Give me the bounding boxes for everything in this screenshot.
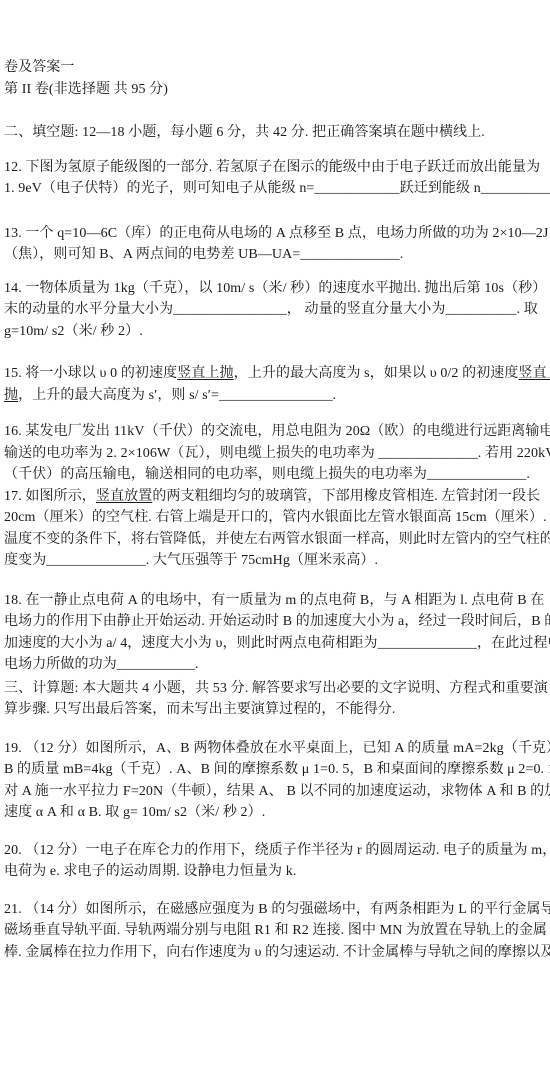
text-segment: g=10m/ s2（米/ 秒 2）. bbox=[4, 324, 143, 339]
text-line: 算步骤. 只写出最后答案，而未写出主要演算过程的，不能得分. bbox=[4, 699, 545, 721]
paragraph-q17: 17. 如图所示，竖直放置的两支粗细均匀的玻璃管，下部用橡皮管相连. 左管封闭一… bbox=[4, 486, 545, 572]
text-line: 电场力所做的功为___________. bbox=[4, 654, 545, 676]
text-line: 抛，上升的最大高度为 s′，则 s/ s′=________________. bbox=[4, 385, 545, 407]
text-segment: 输送的电功率为 2. 2×106W（瓦），则电缆上损失的电功率为 _______… bbox=[4, 446, 550, 461]
text-segment: 第 II 卷(非选择题 共 95 分) bbox=[4, 82, 168, 97]
paragraph-q15: 15. 将一小球以 υ 0 的初速度竖直上抛，上升的最大高度为 s，如果以 υ … bbox=[4, 363, 545, 406]
text-line: 21. （14 分）如图所示，在磁感应强度为 B 的匀强磁场中，有两条相距为 L… bbox=[4, 899, 545, 921]
text-segment: （焦），则可知 B、A 两点间的电势差 UB—UA=______________… bbox=[4, 247, 403, 262]
text-segment: 对 A 施一水平拉力 F=20N（牛顿），结果 A、 B 以不同的加速度运动，求… bbox=[4, 784, 550, 799]
text-segment: 21. （14 分）如图所示，在磁感应强度为 B 的匀强磁场中，有两条相距为 L… bbox=[4, 902, 550, 917]
text-segment: ，上升的最大高度为 s，如果以 υ 0/2 的初速度 bbox=[234, 366, 519, 381]
paragraph-q20: 20. （12 分）一电子在库仑力的作用下，绕质子作半径为 r 的圆周运动. 电… bbox=[4, 840, 545, 883]
paragraph-q21: 21. （14 分）如图所示，在磁感应强度为 B 的匀强磁场中，有两条相距为 L… bbox=[4, 899, 545, 964]
text-line: 13. 一个 q=10—6C（库）的正电荷从电场的 A 点移至 B 点，电场力所… bbox=[4, 223, 545, 245]
text-segment: 温度不变的条件下，将右管降低，并使左右两管水银面一样高，则此时左管内的空气柱的长 bbox=[4, 532, 550, 547]
text-line: 16. 某发电厂发出 11kV（千伏）的交流电，用总电阻为 20Ω（欧）的电缆进… bbox=[4, 421, 545, 443]
text-segment: ，上升的最大高度为 s′，则 s/ s′=________________. bbox=[18, 388, 336, 403]
text-line: 电场力的作用下由静止开始运动. 开始运动时 B 的加速度大小为 a，经过一段时间… bbox=[4, 611, 545, 633]
text-line: g=10m/ s2（米/ 秒 2）. bbox=[4, 321, 545, 343]
text-line: 20cm（厘米）的空气柱. 右管上端是开口的，管内水银面比左管水银面高 15cm… bbox=[4, 507, 545, 529]
underlined-text: 抛 bbox=[4, 388, 18, 403]
text-segment: 20cm（厘米）的空气柱. 右管上端是开口的，管内水银面比左管水银面高 15cm… bbox=[4, 510, 550, 525]
paragraph-section2: 二、填空题: 12—18 小题，每小题 6 分，共 42 分. 把正确答案填在题… bbox=[4, 122, 545, 144]
text-line: 12. 下图为氢原子能级图的一部分. 若氢原子在图示的能级中由于电子跃迁而放出能… bbox=[4, 157, 545, 179]
paragraph-q16: 16. 某发电厂发出 11kV（千伏）的交流电，用总电阻为 20Ω（欧）的电缆进… bbox=[4, 421, 545, 486]
paragraph-section3: 三、计算题: 本大题共 4 小题，共 53 分. 解答要求写出必要的文字说明、方… bbox=[4, 678, 545, 721]
text-segment: 电荷为 e. 求电子的运动周期. 设静电力恒量为 k. bbox=[4, 864, 296, 879]
underlined-text: 竖直上 bbox=[519, 366, 550, 381]
text-line: 卷及答案一 bbox=[4, 57, 545, 79]
text-segment: （千伏）的高压输电，输送相同的电功率，则电缆上损失的电功率为__________… bbox=[4, 467, 530, 482]
exam-document-page: 卷及答案一第 II 卷(非选择题 共 95 分)二、填空题: 12—18 小题，… bbox=[0, 0, 550, 1073]
text-segment: 二、填空题: 12—18 小题，每小题 6 分，共 42 分. 把正确答案填在题… bbox=[4, 125, 485, 140]
text-segment: 磁场垂直导轨平面. 导轨两端分别与电阻 R1 和 R2 连接. 图中 MN 为放… bbox=[4, 923, 547, 938]
paragraph-q12: 12. 下图为氢原子能级图的一部分. 若氢原子在图示的能级中由于电子跃迁而放出能… bbox=[4, 157, 545, 200]
text-segment: 19. （12 分）如图所示，A、B 两物体叠放在水平桌面上，已知 A 的质量 … bbox=[4, 741, 550, 756]
text-segment: 1. 9eV（电子伏特）的光子，则可知电子从能级 n=____________跃… bbox=[4, 181, 550, 196]
text-line: 加速度的大小为 a/ 4，速度大小为 υ，则此时两点电荷相距为_________… bbox=[4, 633, 545, 655]
text-segment: 算步骤. 只写出最后答案，而未写出主要演算过程的，不能得分. bbox=[4, 702, 396, 717]
text-line: 温度不变的条件下，将右管降低，并使左右两管水银面一样高，则此时左管内的空气柱的长 bbox=[4, 529, 545, 551]
text-segment: 18. 在一静止点电荷 A 的电场中，有一质量为 m 的点电荷 B，与 A 相距… bbox=[4, 593, 544, 608]
text-segment: 末的动量的水平分量大小为________________， 动量的竖直分量大小为… bbox=[4, 302, 538, 317]
text-segment: 度变为______________. 大气压强等于 75cmHg（厘米汞高）. bbox=[4, 553, 378, 568]
text-segment: 卷及答案一 bbox=[4, 60, 75, 75]
text-line: 棒. 金属棒在拉力作用下，向右作速度为 υ 的匀速运动. 不计金属棒与导轨之间的… bbox=[4, 942, 545, 964]
text-segment: 12. 下图为氢原子能级图的一部分. 若氢原子在图示的能级中由于电子跃迁而放出能… bbox=[4, 160, 540, 175]
text-segment: 三、计算题: 本大题共 4 小题，共 53 分. 解答要求写出必要的文字说明、方… bbox=[4, 681, 548, 696]
text-line: 电荷为 e. 求电子的运动周期. 设静电力恒量为 k. bbox=[4, 861, 545, 883]
text-segment: 16. 某发电厂发出 11kV（千伏）的交流电，用总电阻为 20Ω（欧）的电缆进… bbox=[4, 424, 550, 439]
text-line: 度变为______________. 大气压强等于 75cmHg（厘米汞高）. bbox=[4, 550, 545, 572]
text-segment: 电场力所做的功为___________. bbox=[4, 657, 199, 672]
text-segment: 速度 α A 和 α B. 取 g= 10m/ s2（米/ 秒 2）. bbox=[4, 805, 265, 820]
text-segment: 20. （12 分）一电子在库仑力的作用下，绕质子作半径为 r 的圆周运动. 电… bbox=[4, 843, 550, 858]
text-line: 第 II 卷(非选择题 共 95 分) bbox=[4, 79, 545, 101]
paragraph-q19: 19. （12 分）如图所示，A、B 两物体叠放在水平桌面上，已知 A 的质量 … bbox=[4, 738, 545, 824]
text-line: 20. （12 分）一电子在库仑力的作用下，绕质子作半径为 r 的圆周运动. 电… bbox=[4, 840, 545, 862]
text-line: （焦），则可知 B、A 两点间的电势差 UB—UA=______________… bbox=[4, 244, 545, 266]
text-segment: 电场力的作用下由静止开始运动. 开始运动时 B 的加速度大小为 a，经过一段时间… bbox=[4, 614, 550, 629]
text-line: 15. 将一小球以 υ 0 的初速度竖直上抛，上升的最大高度为 s，如果以 υ … bbox=[4, 363, 545, 385]
text-line: 14. 一物体质量为 1kg（千克），以 10m/ s（米/ 秒）的速度水平抛出… bbox=[4, 278, 545, 300]
text-line: 19. （12 分）如图所示，A、B 两物体叠放在水平桌面上，已知 A 的质量 … bbox=[4, 738, 545, 760]
text-line: 三、计算题: 本大题共 4 小题，共 53 分. 解答要求写出必要的文字说明、方… bbox=[4, 678, 545, 700]
text-line: 末的动量的水平分量大小为________________， 动量的竖直分量大小为… bbox=[4, 299, 545, 321]
text-segment: 加速度的大小为 a/ 4，速度大小为 υ，则此时两点电荷相距为_________… bbox=[4, 636, 550, 651]
text-line: 速度 α A 和 α B. 取 g= 10m/ s2（米/ 秒 2）. bbox=[4, 802, 545, 824]
paragraph-q18: 18. 在一静止点电荷 A 的电场中，有一质量为 m 的点电荷 B，与 A 相距… bbox=[4, 590, 545, 676]
text-segment: 13. 一个 q=10—6C（库）的正电荷从电场的 A 点移至 B 点，电场力所… bbox=[4, 226, 548, 241]
paragraph-title: 卷及答案一第 II 卷(非选择题 共 95 分) bbox=[4, 57, 545, 100]
text-segment: 17. 如图所示， bbox=[4, 489, 96, 504]
text-segment: 14. 一物体质量为 1kg（千克），以 10m/ s（米/ 秒）的速度水平抛出… bbox=[4, 281, 546, 296]
text-line: 对 A 施一水平拉力 F=20N（牛顿），结果 A、 B 以不同的加速度运动，求… bbox=[4, 781, 545, 803]
text-line: 磁场垂直导轨平面. 导轨两端分别与电阻 R1 和 R2 连接. 图中 MN 为放… bbox=[4, 920, 545, 942]
paragraph-q13: 13. 一个 q=10—6C（库）的正电荷从电场的 A 点移至 B 点，电场力所… bbox=[4, 223, 545, 266]
document-body: 卷及答案一第 II 卷(非选择题 共 95 分)二、填空题: 12—18 小题，… bbox=[4, 57, 545, 963]
text-segment: 15. 将一小球以 υ 0 的初速度 bbox=[4, 366, 177, 381]
text-line: 二、填空题: 12—18 小题，每小题 6 分，共 42 分. 把正确答案填在题… bbox=[4, 122, 545, 144]
underlined-text: 竖直放置 bbox=[96, 489, 152, 504]
text-line: 输送的电功率为 2. 2×106W（瓦），则电缆上损失的电功率为 _______… bbox=[4, 443, 545, 465]
text-line: B 的质量 mB=4kg（千克）. A、B 间的摩擦系数 μ 1=0. 5，B … bbox=[4, 759, 545, 781]
text-segment: 的两支粗细均匀的玻璃管，下部用橡皮管相连. 左管封闭一段长 bbox=[152, 489, 540, 504]
text-line: （千伏）的高压输电，输送相同的电功率，则电缆上损失的电功率为__________… bbox=[4, 464, 545, 486]
underlined-text: 竖直上抛 bbox=[177, 366, 233, 381]
text-line: 1. 9eV（电子伏特）的光子，则可知电子从能级 n=____________跃… bbox=[4, 178, 545, 200]
text-line: 18. 在一静止点电荷 A 的电场中，有一质量为 m 的点电荷 B，与 A 相距… bbox=[4, 590, 545, 612]
text-segment: 棒. 金属棒在拉力作用下，向右作速度为 υ 的匀速运动. 不计金属棒与导轨之间的… bbox=[4, 945, 550, 960]
text-line: 17. 如图所示，竖直放置的两支粗细均匀的玻璃管，下部用橡皮管相连. 左管封闭一… bbox=[4, 486, 545, 508]
paragraph-q14: 14. 一物体质量为 1kg（千克），以 10m/ s（米/ 秒）的速度水平抛出… bbox=[4, 278, 545, 343]
text-segment: B 的质量 mB=4kg（千克）. A、B 间的摩擦系数 μ 1=0. 5，B … bbox=[4, 762, 550, 777]
